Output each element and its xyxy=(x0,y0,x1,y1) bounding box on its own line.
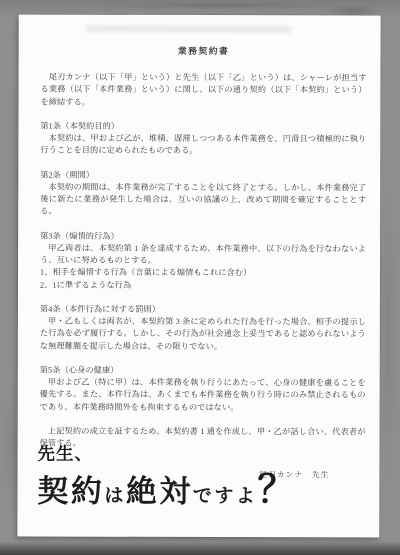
article-3-items: 1、相手を煽情する行為（言葉による煽情もこれに含む） 2、1に準ずるような行為 xyxy=(40,267,366,292)
article-2-heading: 第2条（期間） xyxy=(40,169,366,182)
article-1-heading: 第1条（本契約目的） xyxy=(40,121,366,134)
article-3: 第3条（煽情的行為） 甲乙両者は、本契約第 1 条を達成するため、本件業務中、以… xyxy=(40,230,366,292)
caption-line-1: 先生、 xyxy=(38,445,94,463)
intro-paragraph: 尾刃カンナ（以下「甲」という）と先生（以下「乙」という）は、シャーレが担当する業… xyxy=(40,72,366,109)
article-3-heading: 第3条（煽情的行為） xyxy=(40,230,366,243)
article-2: 第2条（期間） 本契約の期間は、本件業務が完了することを以て終了とする。しかし、… xyxy=(40,169,366,219)
caption-question-mark: ？ xyxy=(257,469,295,511)
caption-kana-desuyo: ですよ xyxy=(193,486,258,507)
article-4: 第4条（本件行為に対する罰則） 甲・乙もしくは両名が、本契約第 3 条に定められ… xyxy=(40,304,366,354)
contract-body: 業務契約書 尾刃カンナ（以下「甲」という）と先生（以下「乙」という）は、シャーレ… xyxy=(17,15,380,483)
article-5: 第5条（心身の健康） 甲および乙（特に甲）は、本件業務を執り行うにあたって、心身… xyxy=(40,365,366,415)
list-item-2: 2、1に準ずるような行為 xyxy=(40,279,366,292)
caption-kana-wa: は xyxy=(104,486,126,507)
article-1: 第1条（本契約目的） 本契約は、甲および乙が、堆積、遅滞しつつある本件業務を、円… xyxy=(40,121,366,158)
article-5-body: 甲および乙（特に甲）は、本件業務を執り行うにあたって、心身の健康を慮ることを優先… xyxy=(40,377,366,414)
caption-kanji-keiyaku: 契約 xyxy=(37,474,104,509)
article-4-heading: 第4条（本件行為に対する罰則） xyxy=(40,304,366,317)
contract-paper: 業務契約書 尾刃カンナ（以下「甲」という）と先生（以下「乙」という）は、シャーレ… xyxy=(17,15,380,538)
scan-background: 業務契約書 尾刃カンナ（以下「甲」という）と先生（以下「乙」という）は、シャーレ… xyxy=(0,0,400,555)
caption-line-2: 契約は絶対ですよ？ xyxy=(37,470,295,519)
article-2-body: 本契約の期間は、本件業務が完了することを以て終了とする。しかし、本件業務完了後に… xyxy=(40,182,366,219)
document-title: 業務契約書 xyxy=(41,45,367,58)
article-5-heading: 第5条（心身の健康） xyxy=(40,365,366,378)
caption-kanji-zettai: 絶対 xyxy=(126,474,193,509)
article-4-body: 甲・乙もしくは両名が、本契約第 3 条に定められた行為を行った場合、相手の提示し… xyxy=(40,316,366,353)
list-item-1: 1、相手を煽情する行為（言葉による煽情もこれに含む） xyxy=(40,267,366,280)
article-1-body: 本契約は、甲および乙が、堆積、遅滞しつつある本件業務を、円滑且つ積極的に執り行う… xyxy=(40,133,366,158)
article-3-body: 甲乙両者は、本契約第 1 条を達成するため、本件業務中、以下の行為を行なわないよ… xyxy=(40,243,366,268)
